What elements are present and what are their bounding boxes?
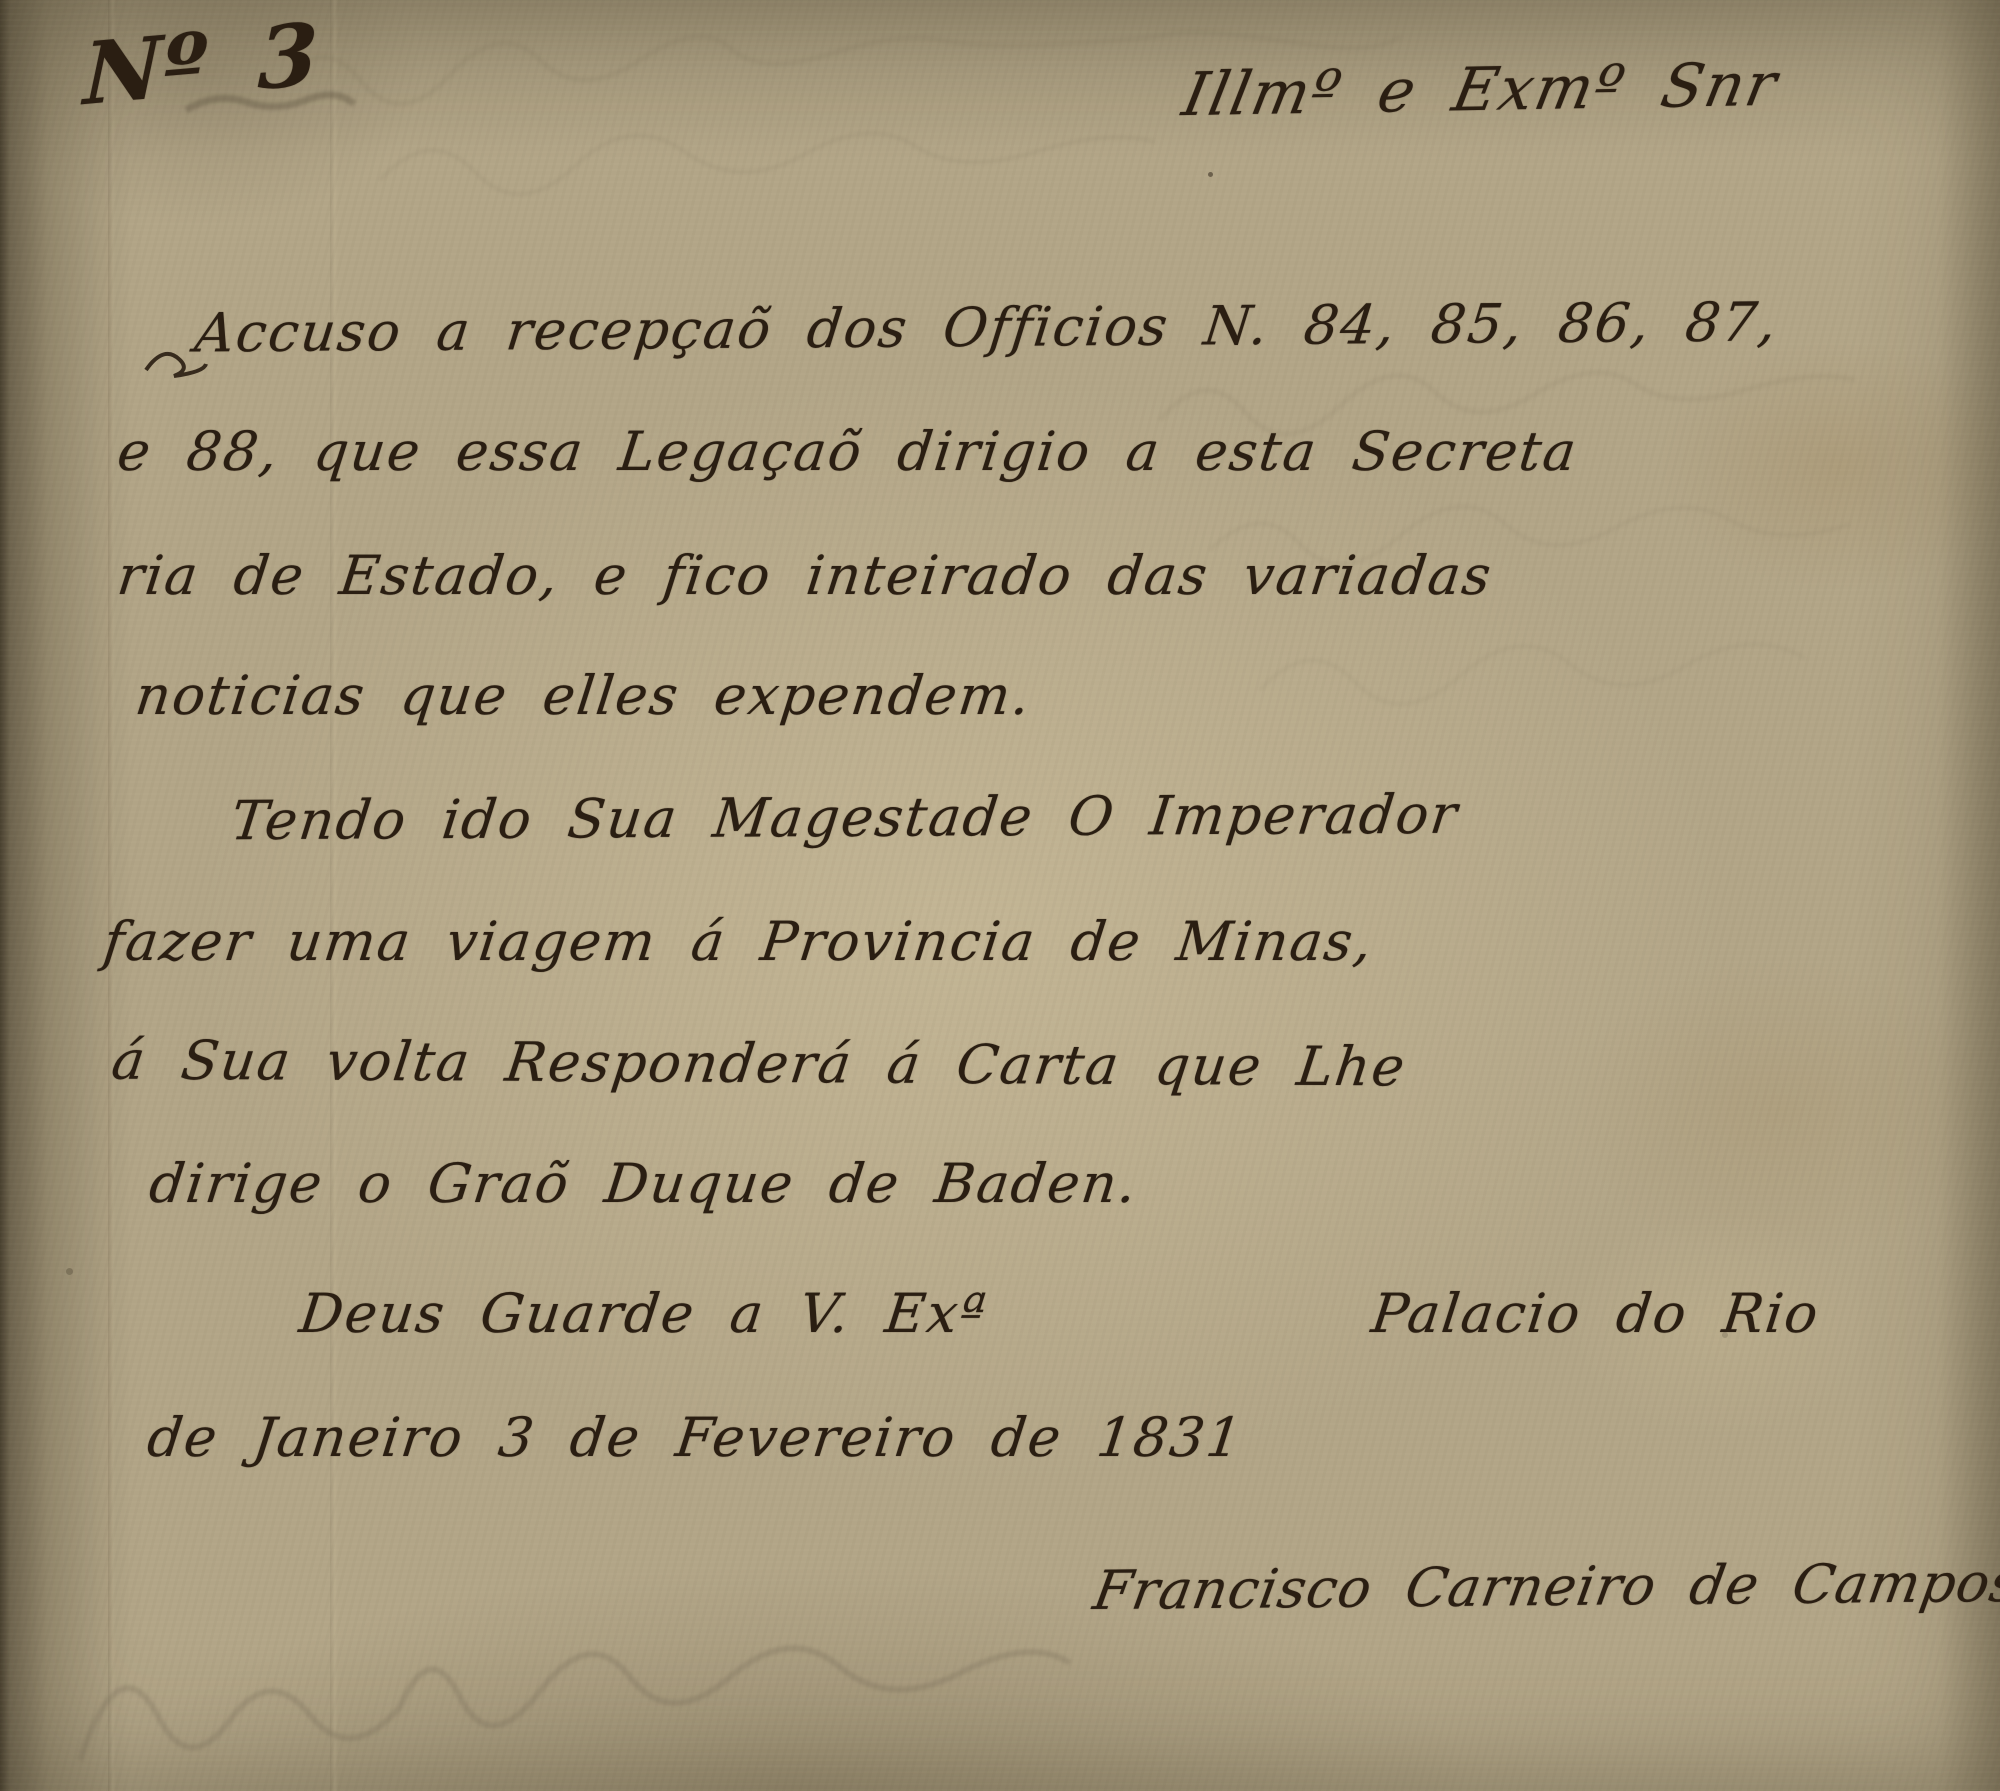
paper-crease <box>108 0 116 1791</box>
letter-line: Tendo ido Sua Magestade O Imperador <box>228 783 1462 852</box>
letter-line: á Sua volta Responderá á Carta que Lhe <box>108 1029 1410 1099</box>
date-line: de Janeiro 3 de Fevereiro de 1831 <box>144 1406 1247 1469</box>
letter-line: e 88, que essa Legaçaõ dirigio a esta Se… <box>114 420 1581 483</box>
ink-speck <box>66 1268 73 1275</box>
signature: Francisco Carneiro de Campos <box>1089 1551 2000 1622</box>
paper-crease <box>330 0 338 1791</box>
letter-line: Accuso a recepçaõ dos Officios N. 84, 85… <box>192 290 1782 364</box>
ink-bleed-through-bottom <box>60 1600 1160 1790</box>
ink-speck <box>1208 172 1213 177</box>
document-number: Nº 3 <box>82 4 320 125</box>
letter-page: Nº 3 Illmº e Exmº Snr Accuso a recepçaõ … <box>0 0 2000 1791</box>
place-line: Palacio do Rio <box>1368 1282 1823 1345</box>
salutation: Illmº e Exmº Snr <box>1177 50 1784 130</box>
letter-line: dirige o Graõ Duque de Baden. <box>146 1152 1141 1215</box>
letter-line: noticias que elles expendem. <box>132 664 1035 727</box>
paper-texture <box>0 0 2000 1791</box>
letter-line: fazer uma viagem á Provincia de Minas, <box>100 910 1377 973</box>
letter-line: ria de Estado, e fico inteirado das vari… <box>114 544 1496 607</box>
valediction: Deus Guarde a V. Exª <box>296 1282 991 1345</box>
